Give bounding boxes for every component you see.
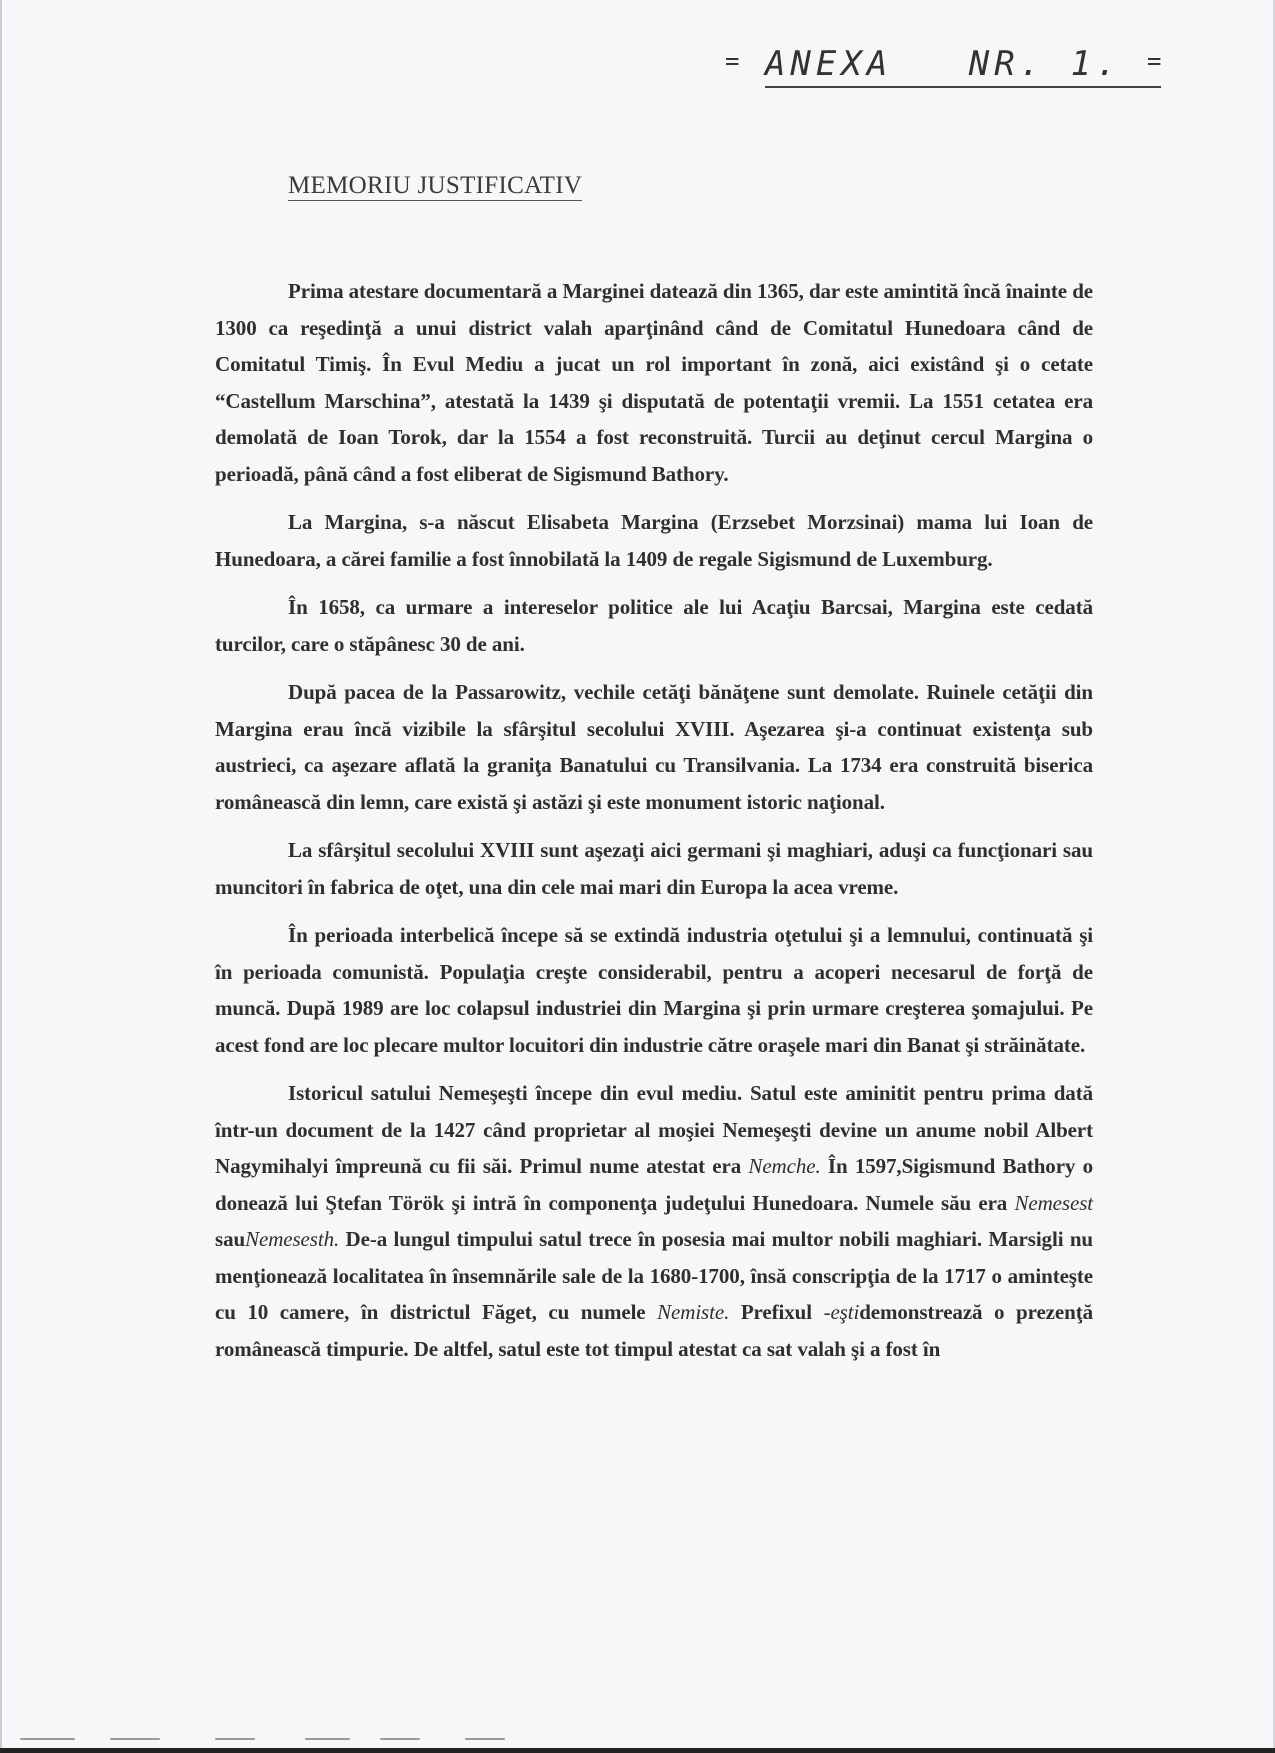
p7-italic-nemiste: Nemiste. xyxy=(657,1300,729,1324)
annex-header: = ANEXA NR. 1. = xyxy=(725,44,1215,84)
scan-bottom-edge xyxy=(0,1748,1275,1753)
annex-underlined: ANEXA NR. 1. = xyxy=(765,44,1162,88)
scan-mark xyxy=(110,1738,160,1740)
scan-mark xyxy=(380,1738,420,1740)
scan-mark xyxy=(215,1738,255,1740)
annex-label: ANEXA xyxy=(765,44,892,84)
scan-bottom-marks xyxy=(0,1738,1275,1744)
annex-prefix: = xyxy=(725,47,739,75)
scan-mark xyxy=(465,1738,505,1740)
document-body: Prima atestare documentară a Marginei da… xyxy=(215,273,1093,1379)
p7-italic-esti: -eşti xyxy=(824,1300,860,1324)
paragraph-6: În perioada interbelică începe să se ext… xyxy=(215,917,1093,1063)
paragraph-4: După pacea de la Passarowitz, vechile ce… xyxy=(215,674,1093,820)
annex-suffix: = xyxy=(1147,47,1161,75)
p7-italic-nemche: Nemche. xyxy=(748,1154,820,1178)
document-title: MEMORIU JUSTIFICATIV xyxy=(288,172,582,201)
paragraph-5: La sfârşitul secolului XVIII sunt aşezaţ… xyxy=(215,832,1093,905)
paragraph-2: La Margina, s-a născut Elisabeta Margina… xyxy=(215,504,1093,577)
paragraph-1: Prima atestare documentară a Marginei da… xyxy=(215,273,1093,492)
paragraph-7: Istoricul satului Nemeşeşti începe din e… xyxy=(215,1075,1093,1367)
paragraph-3: În 1658, ca urmare a intereselor politic… xyxy=(215,589,1093,662)
p7-text-5: Prefixul xyxy=(729,1300,823,1324)
scan-mark xyxy=(20,1738,75,1740)
annex-number: NR. 1. xyxy=(969,44,1122,84)
scan-mark xyxy=(305,1738,350,1740)
p7-italic-nemesesth: Nemesesth. xyxy=(245,1227,339,1251)
scan-left-edge xyxy=(0,0,2,1753)
p7-italic-nemesest: Nemesest xyxy=(1014,1191,1093,1215)
p7-text-3: sau xyxy=(215,1227,245,1251)
